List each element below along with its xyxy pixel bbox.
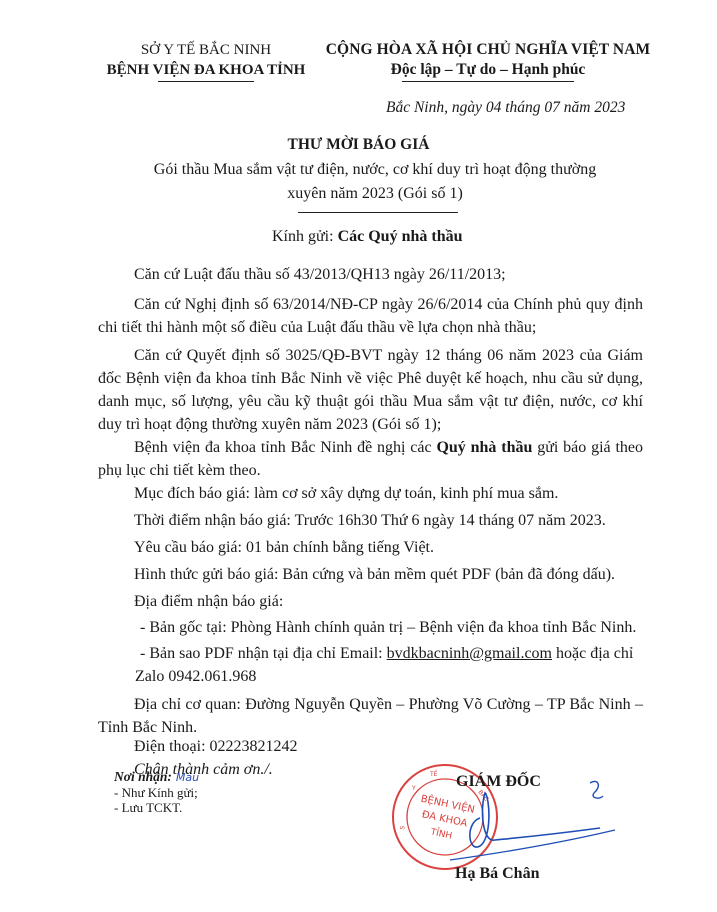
organization-name: BỆNH VIỆN ĐA KHOA TỈNH <box>96 60 316 80</box>
request-paragraph: Bệnh viện đa khoa tỉnh Bắc Ninh đề nghị … <box>98 436 643 482</box>
signature-icon <box>440 768 620 878</box>
country-name: CỘNG HÒA XÃ HỘI CHỦ NGHĨA VIỆT NAM <box>318 40 658 60</box>
address-text: Địa chỉ cơ quan: Đường Nguyễn Quyền – Ph… <box>98 696 643 736</box>
document-subtitle: Gói thầu Mua sắm vật tư điện, nước, cơ k… <box>140 158 610 206</box>
request-text-pre: Bệnh viện đa khoa tỉnh Bắc Ninh đề nghị … <box>134 439 436 456</box>
recipients-heading: Nơi nhận <box>114 769 167 784</box>
handwritten-note: Mau <box>176 771 199 784</box>
header-organization-block: SỞ Y TẾ BẮC NINH BỆNH VIỆN ĐA KHOA TỈNH <box>96 40 316 82</box>
signer-name: Hạ Bá Chân <box>455 865 539 883</box>
header-national-block: CỘNG HÒA XÃ HỘI CHỦ NGHĨA VIỆT NAM Độc l… <box>318 40 658 82</box>
location-copy-suffix: hoặc địa chỉ <box>552 645 633 662</box>
email-link[interactable]: bvdkbacninh@gmail.com <box>387 645 552 662</box>
location-label: Địa điểm nhận báo giá: <box>134 593 283 611</box>
svg-text:S: S <box>399 825 407 830</box>
requirement: Yêu cầu báo giá: 01 bản chính bằng tiếng… <box>134 539 434 557</box>
ministry-name: SỞ Y TẾ BẮC NINH <box>96 40 316 60</box>
national-motto: Độc lập – Tự do – Hạnh phúc <box>318 60 658 80</box>
location-copy: - Bản sao PDF nhận tại địa chỉ Email: bv… <box>140 645 633 663</box>
address: Địa chỉ cơ quan: Đường Nguyễn Quyền – Ph… <box>98 693 643 739</box>
svg-text:Y: Y <box>411 785 416 792</box>
motto-underline <box>402 81 574 82</box>
location-original: - Bản gốc tại: Phòng Hành chính quản trị… <box>140 619 636 637</box>
document-title: THƯ MỜI BÁO GIÁ <box>0 136 717 154</box>
phone: Điện thoại: 02223821242 <box>134 738 298 756</box>
basis-3: Căn cứ Quyết định số 3025/QĐ-BVT ngày 12… <box>98 344 643 436</box>
recipient-item: - Lưu TCKT. <box>114 800 199 815</box>
greeting-label: Kính gửi: <box>272 228 338 245</box>
basis-2-text: Căn cứ Nghị định số 63/2014/NĐ-CP ngày 2… <box>98 296 643 336</box>
basis-2: Căn cứ Nghị định số 63/2014/NĐ-CP ngày 2… <box>98 293 643 339</box>
recipient-item: - Như Kính gửi; <box>114 785 199 800</box>
deadline: Thời điểm nhận báo giá: Trước 16h30 Thứ … <box>134 512 606 530</box>
svg-text:TẾ: TẾ <box>429 770 438 778</box>
basis-1: Căn cứ Luật đấu thầu số 43/2013/QH13 ngà… <box>134 266 506 284</box>
purpose: Mục đích báo giá: làm cơ sở xây dựng dự … <box>134 485 558 503</box>
submission-method: Hình thức gửi báo giá: Bản cứng và bản m… <box>134 566 615 584</box>
subtitle-underline <box>298 212 458 213</box>
date-line: Bắc Ninh, ngày 04 tháng 07 năm 2023 <box>386 99 625 117</box>
request-text-bold: Quý nhà thầu <box>436 439 532 456</box>
zalo-contact: Zalo 0942.061.968 <box>135 668 256 686</box>
organization-underline <box>158 81 254 82</box>
greeting: Kính gửi: Các Quý nhà thầu <box>272 228 462 246</box>
greeting-recipient: Các Quý nhà thầu <box>338 228 463 245</box>
basis-3-text: Căn cứ Quyết định số 3025/QĐ-BVT ngày 12… <box>98 347 643 433</box>
recipients-block: Nơi nhận:Mau - Như Kính gửi; - Lưu TCKT. <box>114 769 199 815</box>
location-copy-text: - Bản sao PDF nhận tại địa chỉ Email: <box>140 645 387 662</box>
